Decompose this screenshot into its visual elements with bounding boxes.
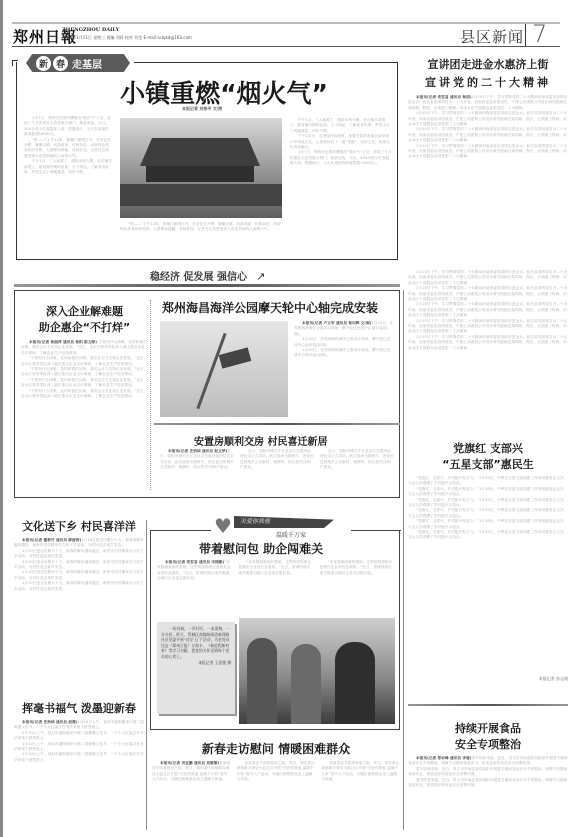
party-headline-2: “五星支部”惠民生 <box>408 456 568 472</box>
page-number: 7 <box>532 20 547 48</box>
visit-body: 本报讯(记者 刘亚鹏 通讯员 刘敬敬)在新春佳节即将到来之际，昨日，郑东新区商都… <box>152 761 400 829</box>
ferris-body: 本报讯(记者 卢文军 通讯员 杨向辉 文/图)1月10日，在郑州海昌海洋公园项目… <box>294 321 394 417</box>
food-article: 持续开展食品 安全专项整治 本报讯(记者 覃岩峰 通讯员 李娅)春节即将来临，近… <box>408 720 568 832</box>
corner-ornament-icon <box>392 254 398 260</box>
issue-info: 2023年1月11日 星期三 責編 刘莉 校对 刘莹 E-mail:xcbjkd… <box>62 35 192 41</box>
feature-lead-column: 1月7日，郑州市近郊的樱桃沟“烟火气”十足，封园三个月的建业大食堂重开城门，焕新… <box>24 116 112 256</box>
warm-banner-line1: 关爱你我他 <box>240 516 270 525</box>
photo-building-body <box>146 166 254 182</box>
culture-article: 文化送下乡 村民喜洋洋 本报讯(记者 董艳竹 通讯员 薛振涛)1月10日是农历腊… <box>14 518 144 688</box>
relief-caption-bubble: 一份问候，一声叮咛，一本读物，一分关怀。昨天，管城区商都路街道新郑路社区党委开展… <box>157 622 235 714</box>
masthead-top-rule <box>12 22 560 24</box>
right-column-rule <box>403 290 404 830</box>
photo-building-roof <box>140 138 260 166</box>
party-article: 党旗红 支部兴 “五星支部”惠民生 “党旗红，支部兴，乡村振兴有活力。”1月10… <box>408 440 568 685</box>
party-headline-1: 党旗红 支部兴 <box>408 440 568 456</box>
feature-para: “张——”上午11时，巷堰门缓缓打开，开业仪式开锣，舞狮点睛，戏曲表演，传统杂技… <box>24 138 112 160</box>
relief-headline: 带着慰问包 助企闯难关 <box>199 540 323 557</box>
feature-headline: 小镇重燃“烟火气” <box>94 74 354 110</box>
visit-headline: 新春走访慰问 情暖困难群众 <box>152 740 400 757</box>
lecture-headline-1: 宣讲团走进金水惠济上街 <box>408 56 568 72</box>
lecture-byline: 本报讯(记者 党贺喜 通讯员 杨朋) <box>416 95 472 99</box>
relief-body: 本报讯(记者 党贺喜 通讯员 宋栩勤)“非常感谢政府的帮助，这些防疫物资正是我们… <box>157 560 395 616</box>
enterprise-body: 本报讯(记者 杨丽萍 通讯员 杨阳 陈文婷)“不管有什么困难，及时和我们反映，我… <box>21 340 148 500</box>
photo-wheel-axle <box>219 347 252 368</box>
enterprise-headline-2: 助企惠企“不打烊” <box>21 319 148 335</box>
party-divider <box>408 704 568 706</box>
corner-ornament-icon <box>12 60 18 66</box>
ferris-divider <box>154 423 400 425</box>
ferris-photo <box>160 321 288 417</box>
banner-char-circle: 春 <box>53 56 68 71</box>
lecture-headline-2: 宣讲党的二十大精神 <box>408 74 568 90</box>
culture-headline: 文化送下乡 村民喜洋洋 <box>14 518 144 534</box>
feature-photo-dining-hall <box>120 118 282 218</box>
feature-top-rule <box>134 62 398 63</box>
relief-top-rule-right <box>351 530 401 531</box>
banner-char-circle: 新 <box>36 56 51 71</box>
culture-body: 本报讯(记者 董艳竹 通讯员 薛振涛)1月10日是农历腊月十九，新春的脚步越来越… <box>14 538 144 678</box>
visit-article: 新春走访慰问 情暖困难群众 本报讯(记者 刘亚鹏 通讯员 刘敬敬)在新春佳节即将… <box>152 740 400 832</box>
photo-person-right <box>335 642 375 724</box>
photo-person-left <box>247 638 277 724</box>
party-body: “党旗红，支部兴，乡村振兴有活力。”1月10日，中牟县五星支部创建工作现场推进会… <box>408 476 568 676</box>
photo-crowd <box>120 184 282 206</box>
feature-byline: 本报记者 刘伟平 文/图 <box>182 106 222 112</box>
newspaper-english-name: ZHENGZHOU DAILY <box>62 27 119 33</box>
column-divider <box>150 300 151 490</box>
ferris-article: 郑州海昌海洋公园摩天轮中心轴完成安装 本报讯(记者 卢文军 通讯员 杨向辉 文/… <box>154 290 400 498</box>
feature-caption-cols: “张——”上午11时，巷堰门缓缓打开，开业仪式开锣，舞狮点睛，戏曲表演，传统杂技… <box>120 222 282 256</box>
calligraphy-headline: 挥毫书福气 泼墨迎新春 <box>14 700 144 716</box>
section-banner: 稳经济 促发展 强信心 ↗ <box>150 265 410 283</box>
feature-article: 新 春 走基层 小镇重燃“烟火气” 本报记者 刘伟平 文/图 1月7日，郑州市近… <box>14 56 400 264</box>
lecture-article: 宣讲团走进金水惠济上街 宣讲党的二十大精神 本报讯(记者 党贺喜 通讯员 杨朋)… <box>408 56 568 266</box>
section-divider <box>14 284 400 287</box>
page-number-divider <box>525 24 526 46</box>
relief-caption-credit: 本报记者 王思俊 摄 <box>161 660 231 666</box>
lecture-body: 本报讯(记者 党贺喜 通讯员 杨朋)1月10日下午，学习贯彻党的二十大精神河南省… <box>408 95 568 275</box>
relief-top-rule-left <box>151 530 211 531</box>
lecture-continued: 1月10日下午，学习贯彻党的二十大精神河南省委宣讲团走进金水。此次宣讲团成员为二… <box>408 270 568 460</box>
relief-article: 带着慰问包 助企闯难关 本报讯(记者 党贺喜 通讯员 宋栩勤)“非常感谢政府的帮… <box>150 530 400 730</box>
feature-banner: 新 春 走基层 <box>26 54 130 72</box>
photo-person-middle <box>291 644 321 724</box>
enterprise-headline-1: 深入企业解难题 <box>21 303 148 319</box>
relief-caption: 一份问候，一声叮咛，一本读物，一分关怀。昨天，管城区商都路街道新郑路社区党委开展… <box>161 626 231 660</box>
section-name: 县区新闻 <box>460 26 524 47</box>
feature-right-column: 中午1点，三人起要了，跟踪来到大殿，坐在榆木桌凳上，端着刚出锅的烩面，当下细品，… <box>290 118 392 256</box>
rising-arrow-icon: ↗ <box>256 270 265 283</box>
resettle-body: 本报讯(记者 史治国 通讯员 赵文梦)近日，荥阳市城关乡五龙社区安置房选房仪式正… <box>160 449 394 493</box>
enterprise-article: 深入企业解难题 助企惠企“不打烊” 本报讯(记者 杨丽萍 通讯员 杨阳 陈文婷)… <box>14 290 154 498</box>
left-column-rule <box>146 520 147 830</box>
party-author: 本报记者 孙志刚 <box>408 676 568 682</box>
section-banner-text: 稳经济 促发展 强信心 <box>150 272 247 283</box>
relief-photo-visit <box>239 618 395 724</box>
feature-para: 中午1点，三人起要了，跟踪来到大殿，坐在榆木桌凳上，端着刚出锅的烩面，当下细品，… <box>24 159 112 175</box>
masthead-bottom-rule <box>12 46 560 47</box>
food-headline-2: 安全专项整治 <box>408 736 568 752</box>
feature-lead: 1月7日，郑州市近郊的樱桃沟“烟火气”十足，封园三个月的建业大食堂重开城门，焕新… <box>24 116 112 138</box>
calligraphy-body: 本报讯(记者 史治国 通讯员 赵霞)1月10日上午，登封市颍阳镇举行第二届翰墨文… <box>14 720 144 830</box>
ferris-headline: 郑州海昌海洋公园摩天轮中心轴完成安装 <box>162 299 378 316</box>
photo-crane <box>196 333 226 409</box>
calligraphy-article: 挥毫书福气 泼墨迎新春 本报讯(记者 史治国 通讯员 赵霞)1月10日上午，登封… <box>14 700 144 830</box>
banner-text: 走基层 <box>72 56 102 71</box>
page-edge <box>0 0 3 837</box>
food-body: 本报讯(记者 覃岩峰 通讯员 李娅)春节即将来临，近日，巩义市市场监管局组织开展… <box>408 756 568 834</box>
food-headline-1: 持续开展食品 <box>408 720 568 736</box>
resettle-headline: 安置房顺利交房 村民喜迁新居 <box>194 433 327 448</box>
